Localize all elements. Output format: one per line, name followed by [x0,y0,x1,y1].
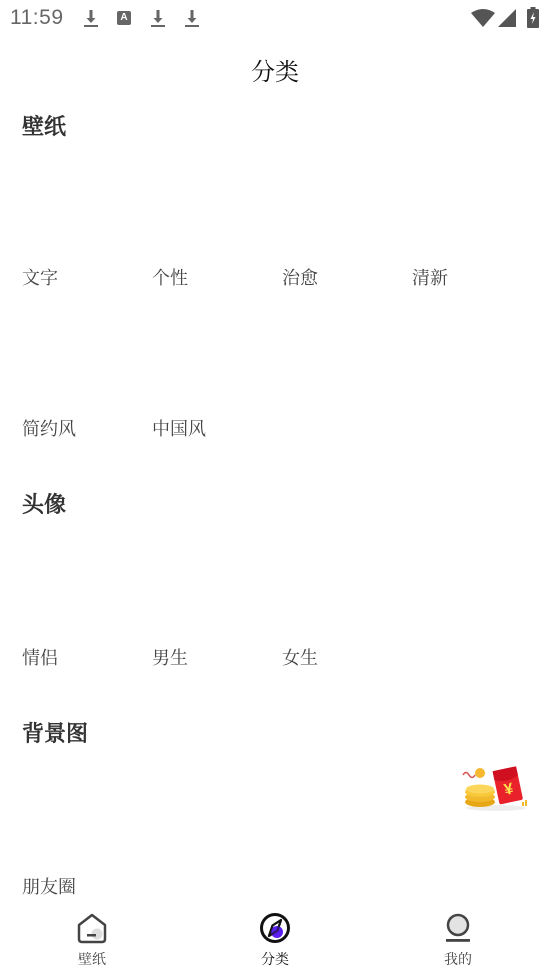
download-icon [150,8,166,28]
red-packet-button[interactable]: ¥ [460,764,530,812]
category-item[interactable]: 朋友圈 [22,873,76,899]
bottom-tab-bar: 壁纸 分类 我的 [0,905,550,976]
signal-icon [498,9,516,27]
page-title: 分类 [0,52,550,87]
tab-profile[interactable]: 我的 [398,905,518,976]
home-icon [75,911,109,945]
status-bar: 11:59 A [0,0,550,38]
category-item[interactable]: 女生 [282,644,318,670]
profile-icon [441,911,475,945]
red-packet-icon: ¥ [460,764,530,812]
category-item[interactable]: 治愈 [282,264,318,290]
section-title-avatar: 头像 [22,488,66,519]
category-item[interactable]: 男生 [152,644,188,670]
category-item[interactable]: 情侣 [22,644,58,670]
section-title-background: 背景图 [22,717,88,748]
category-item[interactable]: 清新 [412,264,448,290]
tab-label: 我的 [398,949,518,969]
tab-label: 壁纸 [32,949,152,969]
compass-icon [258,911,292,945]
category-item[interactable]: 简约风 [22,415,76,441]
tab-wallpaper[interactable]: 壁纸 [32,905,152,976]
tab-label: 分类 [215,949,335,969]
download-icon [83,8,99,28]
download-icon [184,8,200,28]
battery-charging-icon [527,7,539,28]
status-time: 11:59 [10,6,64,30]
a-icon: A [117,11,131,25]
category-item[interactable]: 文字 [22,264,58,290]
category-item[interactable]: 个性 [152,264,188,290]
category-item[interactable]: 中国风 [152,415,206,441]
wifi-icon [471,9,495,27]
tab-category[interactable]: 分类 [215,905,335,976]
section-title-wallpaper: 壁纸 [22,110,66,141]
